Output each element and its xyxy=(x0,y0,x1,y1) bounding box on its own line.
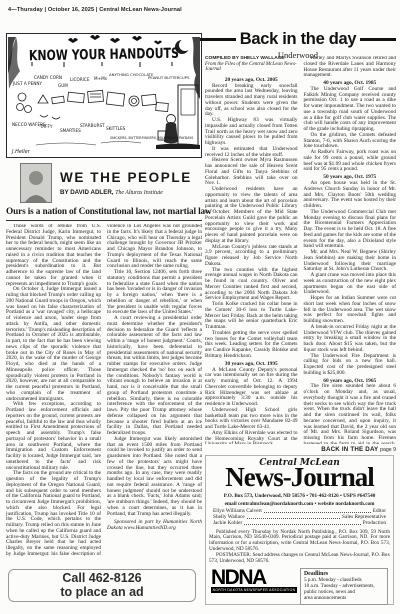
paragraph: A giant crane was moved into place this … xyxy=(304,273,397,296)
ndna-wordmark: NDNA xyxy=(211,568,299,587)
paragraph: Hopes for an Indian Summer were cut shor… xyxy=(304,296,397,325)
we-the-people-section: WE THE PEOPLE BY DAVID ADLER, The Altura… xyxy=(6,163,202,560)
svg-text:SNICKERS, BUTTERFINGERS, MILKY: SNICKERS, BUTTERFINGERS, MILKYWAYS, PAYD… xyxy=(110,136,193,140)
byline: BY DAVID ADLER, The Alturas Institute xyxy=(60,189,192,196)
back-in-the-day-text: COMPILED BY SHELLY WALLACE From the File… xyxy=(205,56,396,455)
paragraph: Judge Immergut was likely astonished tha… xyxy=(107,437,202,518)
masthead-contact-2: email centralmclean@nordaknorth.com • we… xyxy=(209,501,390,507)
newspaper-page: 4—Thursday | October 16, 2025 | Central … xyxy=(0,0,400,614)
svg-text:SKITTLES: SKITTLES xyxy=(106,126,126,131)
paragraph: With few exceptions, according to Portla… xyxy=(6,402,101,471)
paragraph: Torin Kolke cracked his collar bone in t… xyxy=(205,302,298,331)
svg-text:LICORICE: LICORICE xyxy=(70,77,90,82)
paragraph: Harley and Marlys Swanson retired and cl… xyxy=(304,56,397,79)
paragraph: An open house was held in the St. Andrew… xyxy=(304,181,397,210)
deadlines-list: 5 p.m. Monday - classifieds10 a.m. Tuesd… xyxy=(304,578,384,602)
paragraph: Sponsored in part by Humanities North Da… xyxy=(107,520,202,532)
masthead-script: Central McLean xyxy=(209,458,390,468)
publication-info: Published every Thursday by Nordak North… xyxy=(209,530,390,565)
staff-row: Jackie Kohler Production xyxy=(213,520,386,526)
paragraph: Mr. and Mrs. Neal W. Begnew (Shirley Jea… xyxy=(304,250,397,273)
masthead: Central McLean News-Journal P.O. Box 573… xyxy=(205,455,394,605)
paragraph: On the gridiron, the Comets defeated Sta… xyxy=(304,133,397,150)
paragraph: Underwood residents have an opportunity … xyxy=(205,187,298,245)
dot-leader xyxy=(264,512,371,513)
paragraph: McLean County's jobless rate stands at 3… xyxy=(205,245,298,268)
svg-text:CANDY CORN: CANDY CORN xyxy=(34,75,62,80)
paragraph: A McLean County Deputy's personal car wa… xyxy=(205,368,298,408)
svg-text:STARBURST: STARBURST xyxy=(80,123,105,128)
paragraph: The Underwood Golf Course and Falkirk Mi… xyxy=(304,87,397,133)
headshot-image xyxy=(21,164,51,202)
paragraph: A court reviewing a presidential order m… xyxy=(107,316,202,437)
ndna-logo: NDNA NORTH DAKOTA NEWSPAPER ASSOCIATION xyxy=(211,568,299,593)
staff-list: Ellyn Williams Calvert Editor Shelly Wal… xyxy=(213,508,386,527)
continuation-page: page 9 xyxy=(380,447,396,453)
paragraph: Troubles getting the serve over spelled … xyxy=(205,331,298,360)
paragraph: The Underwood Commercial Club met Monday… xyxy=(304,210,397,250)
cartoon-title: KNOW YOUR HANDOUTS xyxy=(29,46,179,65)
paragraph: The Underwood Fire Department is calling… xyxy=(304,354,397,377)
svg-text:SMARTIES: SMARTIES xyxy=(60,128,81,133)
byline-institute: The Alturas Institute xyxy=(115,190,163,196)
svg-text:PEANUT BUTTERCUPS: PEANUT BUTTERCUPS xyxy=(148,75,190,80)
masthead-contact-1: P.O. Box 573, Underwood, ND 58576 • 701-… xyxy=(209,493,390,499)
ndna-banner-text: NORTH DAKOTA NEWSPAPER ASSOCIATION xyxy=(211,587,297,593)
article-body: Those words of rebuke from U.S. Federal … xyxy=(6,224,202,560)
paragraph: On October 4, Judge Immergut issued a ru… xyxy=(6,287,101,402)
dot-leader xyxy=(247,518,340,519)
ad-phone: Call 462-8126 xyxy=(62,572,141,586)
svg-text:GUM: GUM xyxy=(58,83,68,88)
wtp-items: Those words of rebuke from U.S. Federal … xyxy=(6,224,202,560)
editorial-cartoon: KNOW YOUR HANDOUTS xyxy=(6,33,202,158)
continuation-label: BACK IN THE DAY xyxy=(321,446,378,453)
deadline-line: area announcements xyxy=(304,596,384,602)
published-text: Published every Thursday by Nordak North… xyxy=(209,530,390,553)
svg-text:JUST A PENNY: JUST A PENNY xyxy=(12,81,42,86)
bitd-items: 20 years ago, Oct. 2005Record breaking e… xyxy=(205,56,396,455)
paragraph: Underwood High School girls basketball t… xyxy=(205,408,298,431)
byline-name: BY DAVID ADLER, xyxy=(60,189,114,196)
paragraph: U.S. Highway 83 was virtually impassible… xyxy=(205,118,298,147)
paragraph: Record breaking early snowfall pounded t… xyxy=(205,84,298,119)
paragraph: The two counties with the highest averag… xyxy=(205,268,298,303)
place-ad-notice: Call 462-8126 to place an ad xyxy=(8,569,196,602)
article-headline: Ours is a nation of Constitutional law, … xyxy=(6,207,202,217)
svg-text:M+Ms: M+Ms xyxy=(94,76,107,81)
paragraph: At Radke's Fairway, pork roast was on sa… xyxy=(304,150,397,173)
dot-leader xyxy=(244,524,360,525)
paragraph: Heaven Scent owner Myra Rasmussen has an… xyxy=(205,158,298,187)
paragraph: A break-in occurred Friday night at the … xyxy=(304,325,397,354)
column-title: WE THE PEOPLE xyxy=(60,170,192,185)
ad-text: to place an ad xyxy=(60,586,143,600)
paragraph: Those words of rebuke from U.S. Federal … xyxy=(6,224,101,287)
section-title: Back in the day xyxy=(236,30,361,49)
rule-right xyxy=(360,38,396,41)
headline-rule xyxy=(6,220,202,221)
svg-text:TAFFY: TAFFY xyxy=(39,124,53,129)
compiled-from: From the Files of the Central McLean New… xyxy=(205,62,298,73)
postmaster-text: POSTMASTER: Send address changes to Cent… xyxy=(209,553,390,565)
author-headshot xyxy=(20,163,52,203)
paragraph: Title 10, Section 12406, sets forth thre… xyxy=(107,270,202,316)
staff-name: Jackie Kohler xyxy=(213,520,242,526)
halloween-cartoon-image: KNOW YOUR HANDOUTS xyxy=(6,33,202,158)
deadlines-box: Deadlines 5 p.m. Monday - classifieds10 … xyxy=(300,568,388,604)
rule-left xyxy=(200,38,236,41)
staff-role: Production xyxy=(363,520,386,526)
cartoon-signature: J.Heller xyxy=(11,149,31,155)
masthead-name: News-Journal xyxy=(209,464,390,491)
page-folio: 4—Thursday | October 16, 2025 | Central … xyxy=(8,7,182,13)
continuation-line: BACK IN THE DAY page 9 xyxy=(205,444,397,454)
